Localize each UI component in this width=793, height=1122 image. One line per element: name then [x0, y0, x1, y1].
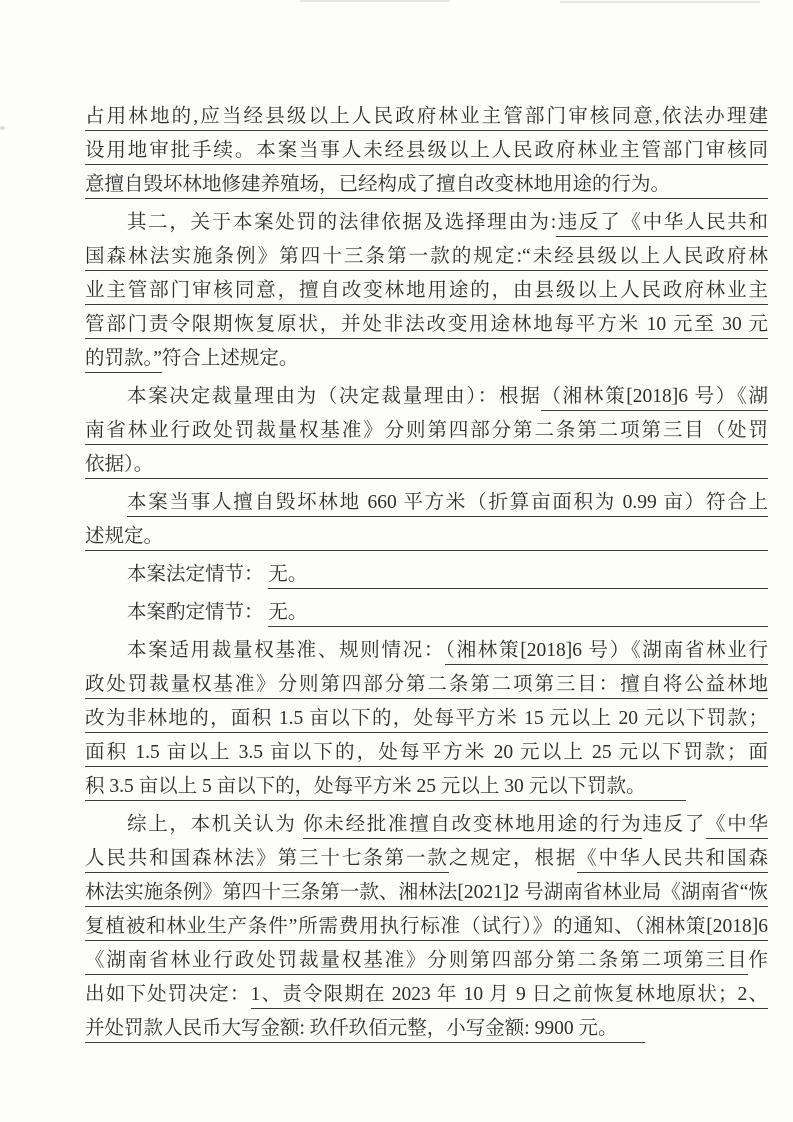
text-line: 南省林业行政处罚裁量权基准》分则第四部分第二条第二项第三目（处罚 — [85, 414, 768, 448]
text-segment: 其二，关于本案处罚的法律依据及选择理由为: — [127, 212, 556, 233]
underlined-text: 你未经批准擅自改变林地用途的行为 — [303, 814, 642, 839]
text-line: 复植被和林业生产条件”所需费用执行标准（试行）》的通知、（湘林策[2018]6 … — [85, 910, 768, 944]
underlined-text: 积 3.5 亩以上 5 亩以下的，处每平方米 25 元以上 30 元以下罚款。 — [85, 770, 646, 801]
underlined-text: 政处罚裁量权基准》分则第四部分第二条第二项第三目：擅自将公益林地 — [85, 674, 768, 699]
text-line: 本案适用裁量权基准、规则情况：（湘林策[2018]6 号）《湖南省林业行 — [85, 634, 768, 668]
underlined-text: 林法实施条例》第四十三条第一款、湘林法[2021]2 号湖南省林业局《湖南省“恢 — [85, 882, 768, 907]
text-line: 本案当事人擅自毁坏林地 660 平方米（折算亩面积为 0.99 亩）符合上 — [85, 486, 768, 520]
text-line: 述规定。 — [85, 520, 768, 554]
text-segment: 出如下处罚决定： — [85, 984, 251, 1005]
scan-artifact — [300, 0, 450, 2]
text-segment: 本案法定情节： — [127, 558, 268, 588]
text-line: 林法实施条例》第四十三条第一款、湘林法[2021]2 号湖南省林业局《湖南省“恢 — [85, 876, 768, 910]
underline-fill — [307, 596, 768, 627]
text-segment: 符合上述规定。 — [162, 348, 299, 369]
text-segment: 之规定，根据 — [449, 848, 577, 869]
text-line: 意擅自毁坏林地修建养殖场，已经构成了擅自改变林地用途的行为。 — [85, 168, 768, 202]
underlined-text: 复植被和林业生产条件”所需费用执行标准（试行）》的通知、（湘林策[2018]6 … — [85, 916, 768, 944]
document-body: 占用林地的,应当经县级以上人民政府林业主管部门审核同意,依法办理建设用地审批手续… — [85, 100, 768, 1046]
text-line: 综上，本机关认为 你未经批准擅自改变林地用途的行为违反了《中华 — [85, 808, 768, 842]
underlined-text: 改为非林地的，面积 1.5 亩以下的，处每平方米 15 元以上 20 元以下罚款… — [85, 708, 768, 733]
underlined-text: 《中华人民共和国森 — [577, 848, 768, 873]
underlined-text: 管部门责令限期恢复原状，并处非法改变用途林地每平方米 10 元至 30 元 — [85, 314, 768, 339]
text-line: 改为非林地的，面积 1.5 亩以下的，处每平方米 15 元以上 20 元以下罚款… — [85, 702, 768, 736]
underlined-text: 本案当事人擅自毁坏林地 660 平方米（折算亩面积为 0.99 亩）符合上 — [127, 492, 768, 517]
text-line: 政处罚裁量权基准》分则第四部分第二条第二项第三目：擅自将公益林地 — [85, 668, 768, 702]
text-line: 设用地审批手续。本案当事人未经县级以上人民政府林业主管部门审核同 — [85, 134, 768, 168]
text-segment: 违反了 — [642, 814, 706, 835]
text-line: 其二，关于本案处罚的法律依据及选择理由为:违反了《中华人民共和 — [85, 206, 768, 240]
text-line: 出如下处罚决定：1、责令限期在 2023 年 10 月 9 日之前恢复林地原状；… — [85, 978, 768, 1012]
text-segment: 本案适用裁量权基准、规则情况： — [127, 640, 445, 661]
underlined-text: 《湖南省林业行政处罚裁量权基准》分则第四部分第二条第二项第三目 — [85, 950, 748, 975]
text-line: 面积 1.5 亩以上 3.5 亩以下的，处每平方米 20 元以上 25 元以下罚… — [85, 736, 768, 770]
scan-artifact — [560, 1, 760, 3]
underlined-text: 业主管部门审核同意，擅自改变林地用途的，由县级以上人民政府林业主 — [85, 280, 768, 305]
underline-fill — [617, 1012, 645, 1043]
scan-artifact — [0, 126, 5, 130]
underlined-text: 设用地审批手续。本案当事人未经县级以上人民政府林业主管部门审核同 — [85, 140, 768, 165]
underlined-text: 占用林地的,应当经县级以上人民政府林业主管部门审核同意,依法办理建 — [85, 106, 768, 131]
underlined-text: （湘林策[2018]6 号）《湖南省林业行 — [445, 640, 768, 665]
underline-fill — [153, 448, 768, 479]
text-line: 业主管部门审核同意，擅自改变林地用途的，由县级以上人民政府林业主 — [85, 274, 768, 308]
text-line: 《湖南省林业行政处罚裁量权基准》分则第四部分第二条第二项第三目作 — [85, 944, 768, 978]
text-segment: 本案决定裁量理由为（决定裁量理由）：根据 — [127, 386, 541, 407]
text-line: 本案酌定情节： 无。 — [85, 596, 768, 630]
text-line: 占用林地的,应当经县级以上人民政府林业主管部门审核同意,依法办理建 — [85, 100, 768, 134]
underlined-text: 国森林法实施条例》第四十三条第一款的规定:“未经县级以上人民政府林 — [85, 246, 768, 271]
underlined-text: 违反了《中华人民共和 — [556, 212, 768, 237]
underlined-text: 面积 1.5 亩以上 3.5 亩以下的，处每平方米 20 元以上 25 元以下罚… — [85, 742, 768, 767]
underlined-text: （湘林策[2018]6 号）《湖 — [541, 386, 768, 411]
underlined-text: 的罚款。” — [85, 348, 162, 373]
text-line: 的罚款。”符合上述规定。 — [85, 342, 768, 376]
text-line: 本案法定情节： 无。 — [85, 558, 768, 592]
underlined-text: 人民共和国森林法》第三十七条第一款 — [85, 848, 449, 873]
text-line: 管部门责令限期恢复原状，并处非法改变用途林地每平方米 10 元至 30 元 — [85, 308, 768, 342]
text-segment: 本案酌定情节： — [127, 596, 268, 626]
underlined-text: 依据）。 — [85, 448, 153, 479]
text-line: 并处罚款人民币大写金额: 玖仟玖佰元整，小写金额: 9900 元。 — [85, 1012, 768, 1046]
scanned-page: 占用林地的,应当经县级以上人民政府林业主管部门审核同意,依法办理建设用地审批手续… — [0, 0, 793, 1122]
text-line: 积 3.5 亩以上 5 亩以下的，处每平方米 25 元以上 30 元以下罚款。 — [85, 770, 768, 804]
text-line: 人民共和国森林法》第三十七条第一款之规定，根据《中华人民共和国森 — [85, 842, 768, 876]
underlined-text: 述规定。 — [85, 520, 163, 551]
underlined-text: 无。 — [268, 558, 307, 589]
underlined-text: 1、责令限期在 2023 年 10 月 9 日之前恢复林地原状；2、 — [251, 984, 768, 1009]
text-segment: 综上，本机关认为 — [127, 814, 303, 835]
text-line: 国森林法实施条例》第四十三条第一款的规定:“未经县级以上人民政府林 — [85, 240, 768, 274]
underlined-text: 无。 — [268, 596, 307, 627]
underline-fill — [307, 558, 768, 589]
underline-fill — [646, 770, 686, 801]
text-segment: 作 — [748, 950, 768, 971]
underline-fill — [670, 168, 768, 199]
underlined-text: 并处罚款人民币大写金额: 玖仟玖佰元整，小写金额: 9900 元。 — [85, 1012, 617, 1043]
underlined-text: 意擅自毁坏林地修建养殖场，已经构成了擅自改变林地用途的行为。 — [85, 168, 670, 199]
text-line: 本案决定裁量理由为（决定裁量理由）：根据（湘林策[2018]6 号）《湖 — [85, 380, 768, 414]
underline-fill — [163, 520, 768, 551]
underlined-text: 《中华 — [706, 814, 768, 839]
text-line: 依据）。 — [85, 448, 768, 482]
underlined-text: 南省林业行政处罚裁量权基准》分则第四部分第二条第二项第三目（处罚 — [85, 420, 768, 445]
